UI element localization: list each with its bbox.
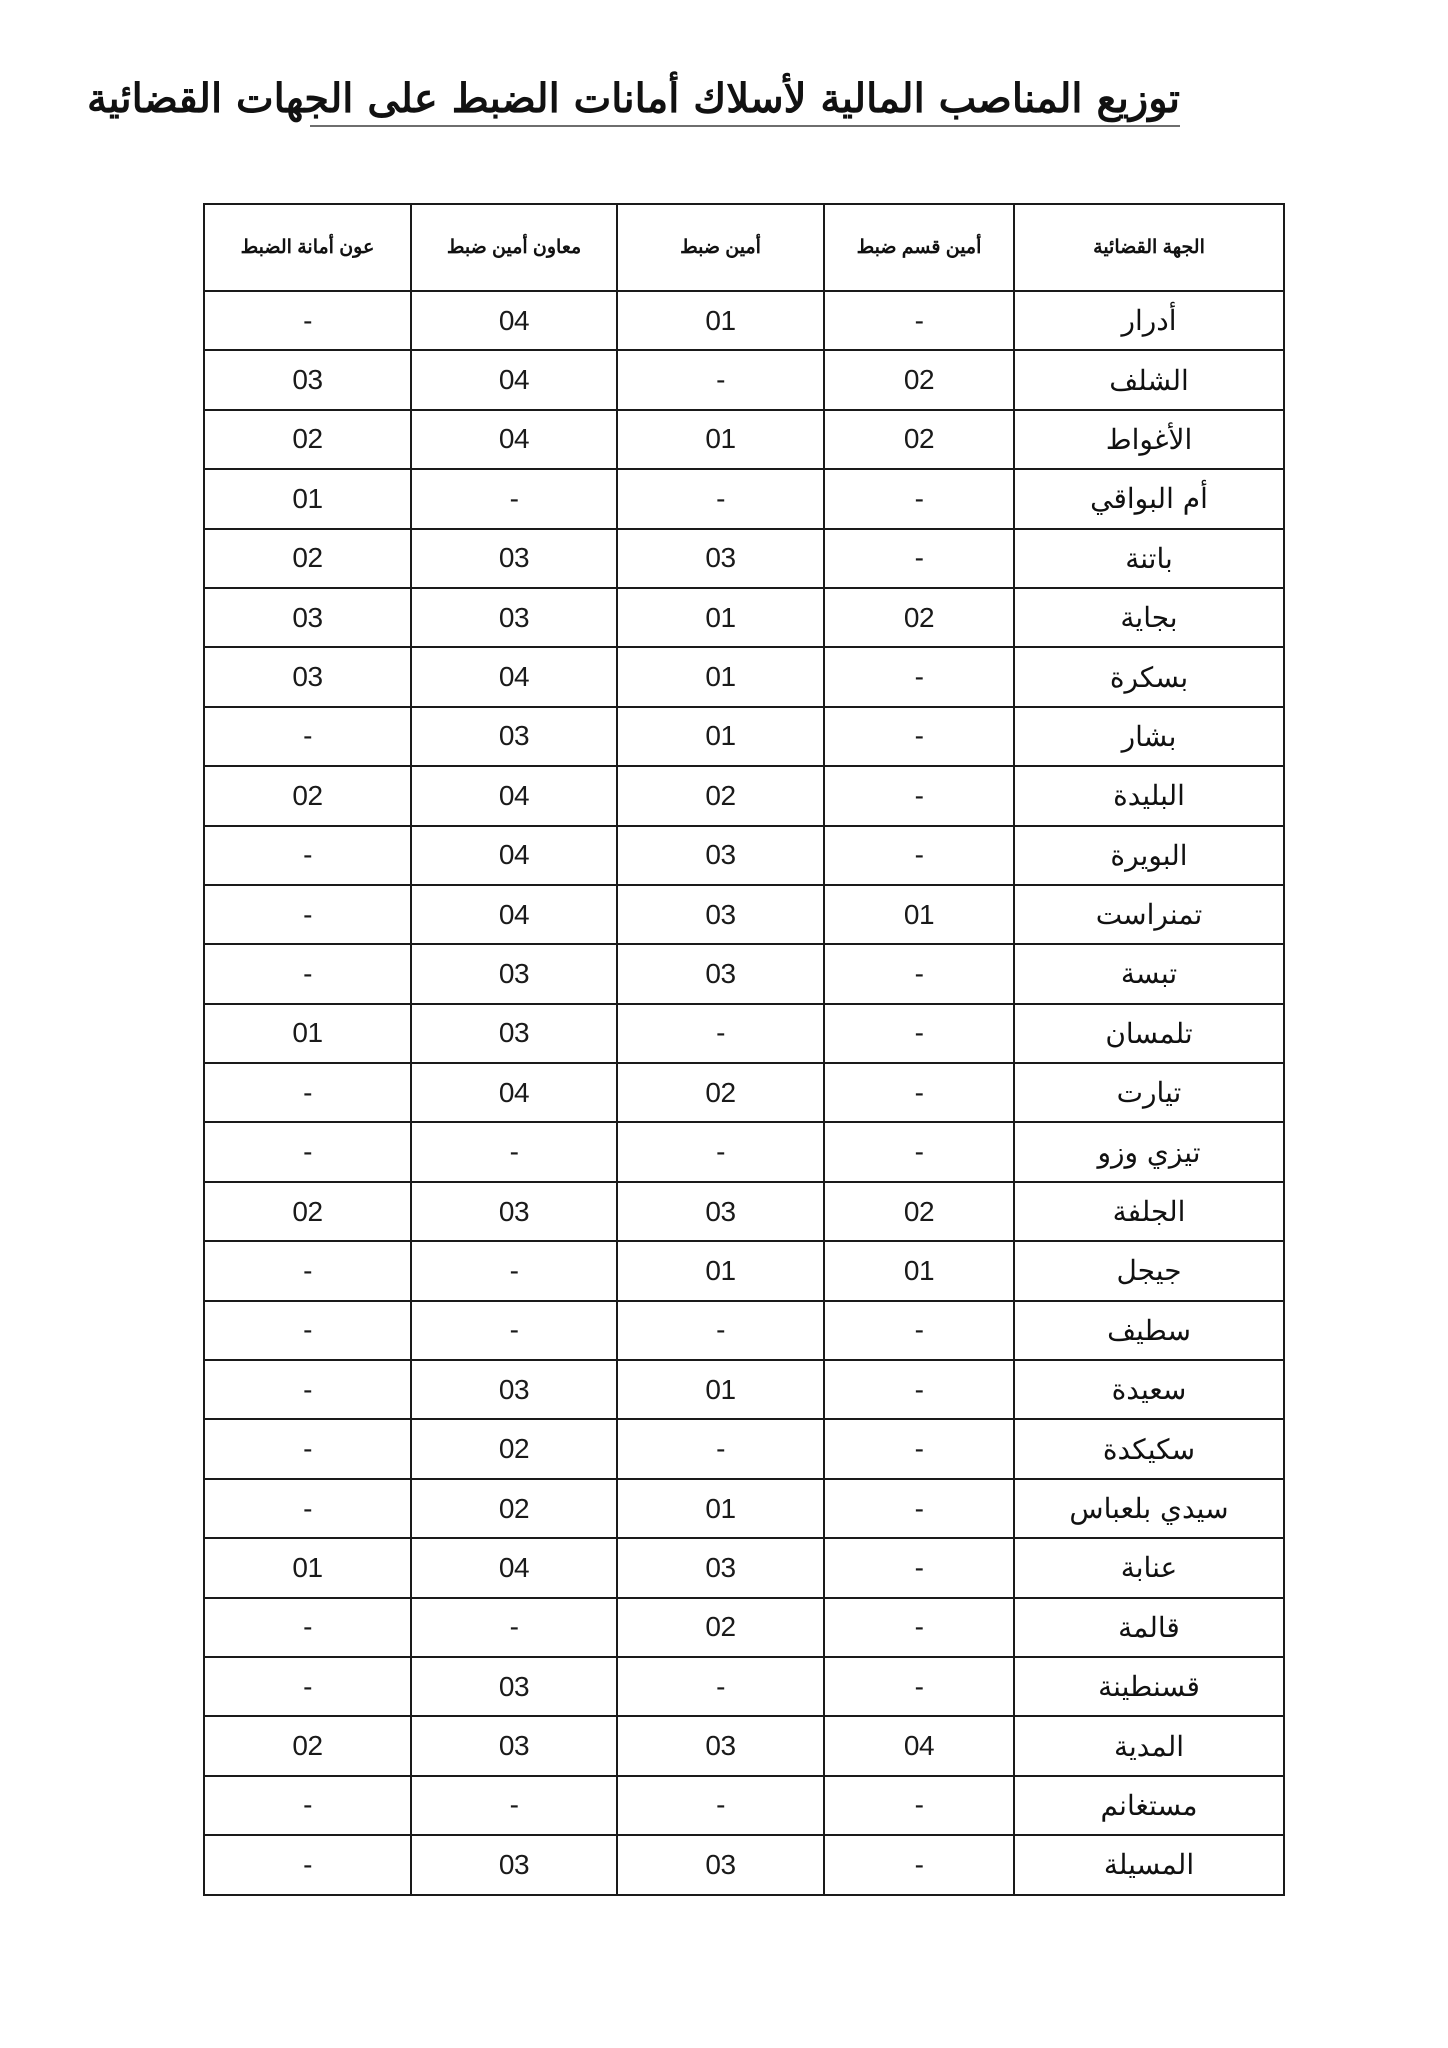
title-underline <box>310 125 1180 127</box>
cell-judicial-body: المسيلة <box>1014 1835 1284 1894</box>
cell-clerk: 01 <box>617 1360 824 1419</box>
table-row: سطيف---- <box>204 1301 1284 1360</box>
cell-assistant-clerk: 03 <box>411 1360 617 1419</box>
cell-clerk-agent: - <box>204 1479 411 1538</box>
cell-section-clerk: - <box>824 1122 1014 1181</box>
cell-clerk-agent: - <box>204 1360 411 1419</box>
cell-clerk: 02 <box>617 766 824 825</box>
cell-clerk-agent: 01 <box>204 1004 411 1063</box>
cell-judicial-body: الشلف <box>1014 350 1284 409</box>
cell-clerk-agent: 02 <box>204 1182 411 1241</box>
cell-section-clerk: - <box>824 291 1014 350</box>
cell-section-clerk: 02 <box>824 410 1014 469</box>
cell-clerk: 03 <box>617 826 824 885</box>
cell-judicial-body: البويرة <box>1014 826 1284 885</box>
table-row: بسكرة-010403 <box>204 647 1284 706</box>
cell-clerk-agent: 02 <box>204 529 411 588</box>
cell-section-clerk: - <box>824 647 1014 706</box>
cell-clerk: - <box>617 1004 824 1063</box>
cell-clerk-agent: 03 <box>204 647 411 706</box>
table-row: قالمة-02-- <box>204 1598 1284 1657</box>
cell-clerk-agent: 01 <box>204 469 411 528</box>
cell-section-clerk: - <box>824 826 1014 885</box>
cell-judicial-body: قسنطينة <box>1014 1657 1284 1716</box>
cell-judicial-body: سكيكدة <box>1014 1419 1284 1478</box>
cell-clerk-agent: 03 <box>204 588 411 647</box>
cell-section-clerk: - <box>824 766 1014 825</box>
cell-clerk-agent: - <box>204 291 411 350</box>
cell-section-clerk: - <box>824 944 1014 1003</box>
cell-assistant-clerk: 04 <box>411 410 617 469</box>
cell-assistant-clerk: - <box>411 1122 617 1181</box>
cell-clerk: 01 <box>617 1479 824 1538</box>
cell-assistant-clerk: 04 <box>411 826 617 885</box>
cell-clerk-agent: - <box>204 1835 411 1894</box>
cell-judicial-body: أم البواقي <box>1014 469 1284 528</box>
cell-clerk-agent: - <box>204 1301 411 1360</box>
cell-assistant-clerk: 02 <box>411 1419 617 1478</box>
table-row: الشلف02-0403 <box>204 350 1284 409</box>
cell-clerk-agent: - <box>204 1776 411 1835</box>
cell-assistant-clerk: 03 <box>411 1835 617 1894</box>
cell-clerk: 03 <box>617 944 824 1003</box>
cell-clerk: 02 <box>617 1063 824 1122</box>
cell-clerk: 03 <box>617 885 824 944</box>
cell-clerk-agent: 02 <box>204 410 411 469</box>
table-row: سعيدة-0103- <box>204 1360 1284 1419</box>
cell-clerk: 01 <box>617 588 824 647</box>
table-row: البليدة-020402 <box>204 766 1284 825</box>
table-row: قسنطينة--03- <box>204 1657 1284 1716</box>
cell-assistant-clerk: - <box>411 1241 617 1300</box>
cell-clerk-agent: - <box>204 707 411 766</box>
cell-clerk: 03 <box>617 1538 824 1597</box>
table-header-row: الجهة القضائية أمين قسم ضبط أمين ضبط معا… <box>204 204 1284 291</box>
allocation-table-container: الجهة القضائية أمين قسم ضبط أمين ضبط معا… <box>203 203 1283 1896</box>
cell-judicial-body: أدرار <box>1014 291 1284 350</box>
cell-assistant-clerk: 04 <box>411 885 617 944</box>
column-header-judicial-body: الجهة القضائية <box>1014 204 1284 291</box>
table-row: سيدي بلعباس-0102- <box>204 1479 1284 1538</box>
cell-clerk-agent: - <box>204 944 411 1003</box>
cell-assistant-clerk: - <box>411 469 617 528</box>
cell-assistant-clerk: 04 <box>411 766 617 825</box>
table-row: تمنراست010304- <box>204 885 1284 944</box>
column-header-clerk-agent: عون أمانة الضبط <box>204 204 411 291</box>
cell-section-clerk: - <box>824 1479 1014 1538</box>
table-row: البويرة-0304- <box>204 826 1284 885</box>
cell-section-clerk: 04 <box>824 1716 1014 1775</box>
cell-section-clerk: - <box>824 1063 1014 1122</box>
cell-clerk-agent: - <box>204 1657 411 1716</box>
table-row: سكيكدة--02- <box>204 1419 1284 1478</box>
table-row: باتنة-030302 <box>204 529 1284 588</box>
cell-section-clerk: 02 <box>824 1182 1014 1241</box>
table-row: المسيلة-0303- <box>204 1835 1284 1894</box>
cell-section-clerk: - <box>824 1360 1014 1419</box>
cell-section-clerk: - <box>824 1004 1014 1063</box>
cell-section-clerk: - <box>824 1301 1014 1360</box>
cell-judicial-body: المدية <box>1014 1716 1284 1775</box>
cell-clerk: 01 <box>617 1241 824 1300</box>
cell-clerk-agent: - <box>204 1122 411 1181</box>
cell-clerk: 03 <box>617 1835 824 1894</box>
cell-section-clerk: - <box>824 529 1014 588</box>
table-row: المدية04030302 <box>204 1716 1284 1775</box>
column-header-section-clerk: أمين قسم ضبط <box>824 204 1014 291</box>
cell-judicial-body: جيجل <box>1014 1241 1284 1300</box>
cell-section-clerk: 01 <box>824 885 1014 944</box>
cell-clerk-agent: - <box>204 1598 411 1657</box>
cell-judicial-body: تمنراست <box>1014 885 1284 944</box>
cell-judicial-body: عنابة <box>1014 1538 1284 1597</box>
cell-clerk: 03 <box>617 1182 824 1241</box>
cell-clerk-agent: - <box>204 885 411 944</box>
cell-judicial-body: سيدي بلعباس <box>1014 1479 1284 1538</box>
column-header-assistant-clerk: معاون أمين ضبط <box>411 204 617 291</box>
cell-judicial-body: البليدة <box>1014 766 1284 825</box>
cell-assistant-clerk: 04 <box>411 350 617 409</box>
cell-assistant-clerk: 03 <box>411 1182 617 1241</box>
cell-section-clerk: - <box>824 1776 1014 1835</box>
cell-assistant-clerk: - <box>411 1776 617 1835</box>
cell-clerk: 03 <box>617 529 824 588</box>
cell-assistant-clerk: 03 <box>411 944 617 1003</box>
cell-clerk: - <box>617 350 824 409</box>
cell-section-clerk: 01 <box>824 1241 1014 1300</box>
cell-judicial-body: بسكرة <box>1014 647 1284 706</box>
cell-assistant-clerk: 04 <box>411 647 617 706</box>
table-row: أدرار-0104- <box>204 291 1284 350</box>
cell-clerk-agent: 01 <box>204 1538 411 1597</box>
cell-assistant-clerk: - <box>411 1301 617 1360</box>
cell-judicial-body: الأغواط <box>1014 410 1284 469</box>
cell-clerk-agent: 02 <box>204 1716 411 1775</box>
cell-judicial-body: تيزي وزو <box>1014 1122 1284 1181</box>
cell-judicial-body: سعيدة <box>1014 1360 1284 1419</box>
column-header-clerk: أمين ضبط <box>617 204 824 291</box>
cell-assistant-clerk: 03 <box>411 529 617 588</box>
cell-judicial-body: بجاية <box>1014 588 1284 647</box>
cell-judicial-body: تيارت <box>1014 1063 1284 1122</box>
cell-section-clerk: - <box>824 1538 1014 1597</box>
table-row: أم البواقي---01 <box>204 469 1284 528</box>
cell-judicial-body: الجلفة <box>1014 1182 1284 1241</box>
cell-judicial-body: تبسة <box>1014 944 1284 1003</box>
cell-clerk-agent: - <box>204 1241 411 1300</box>
cell-clerk: - <box>617 1657 824 1716</box>
cell-section-clerk: - <box>824 1835 1014 1894</box>
table-row: عنابة-030401 <box>204 1538 1284 1597</box>
cell-clerk-agent: - <box>204 1063 411 1122</box>
cell-assistant-clerk: 03 <box>411 1716 617 1775</box>
cell-judicial-body: باتنة <box>1014 529 1284 588</box>
table-row: بجاية02010303 <box>204 588 1284 647</box>
table-row: مستغانم---- <box>204 1776 1284 1835</box>
cell-clerk: 03 <box>617 1716 824 1775</box>
table-row: تبسة-0303- <box>204 944 1284 1003</box>
table-row: جيجل0101-- <box>204 1241 1284 1300</box>
table-row: تلمسان--0301 <box>204 1004 1284 1063</box>
cell-assistant-clerk: 04 <box>411 291 617 350</box>
cell-clerk-agent: - <box>204 826 411 885</box>
cell-judicial-body: قالمة <box>1014 1598 1284 1657</box>
table-row: تيزي وزو---- <box>204 1122 1284 1181</box>
cell-assistant-clerk: - <box>411 1598 617 1657</box>
cell-clerk-agent: 02 <box>204 766 411 825</box>
cell-section-clerk: 02 <box>824 588 1014 647</box>
cell-assistant-clerk: 03 <box>411 588 617 647</box>
cell-section-clerk: - <box>824 707 1014 766</box>
cell-judicial-body: مستغانم <box>1014 1776 1284 1835</box>
table-row: الجلفة02030302 <box>204 1182 1284 1241</box>
cell-clerk: 01 <box>617 410 824 469</box>
table-row: تيارت-0204- <box>204 1063 1284 1122</box>
cell-assistant-clerk: 04 <box>411 1063 617 1122</box>
table-row: الأغواط02010402 <box>204 410 1284 469</box>
cell-clerk: - <box>617 1122 824 1181</box>
cell-clerk: - <box>617 1776 824 1835</box>
cell-clerk: 01 <box>617 707 824 766</box>
cell-section-clerk: - <box>824 1598 1014 1657</box>
cell-assistant-clerk: 04 <box>411 1538 617 1597</box>
cell-clerk: - <box>617 469 824 528</box>
table-row: بشار-0103- <box>204 707 1284 766</box>
cell-clerk: - <box>617 1301 824 1360</box>
allocation-table: الجهة القضائية أمين قسم ضبط أمين ضبط معا… <box>203 203 1285 1896</box>
cell-section-clerk: - <box>824 1419 1014 1478</box>
cell-section-clerk: - <box>824 469 1014 528</box>
cell-judicial-body: سطيف <box>1014 1301 1284 1360</box>
cell-clerk: 02 <box>617 1598 824 1657</box>
cell-clerk: 01 <box>617 647 824 706</box>
cell-clerk: 01 <box>617 291 824 350</box>
cell-clerk: - <box>617 1419 824 1478</box>
cell-assistant-clerk: 03 <box>411 1657 617 1716</box>
cell-assistant-clerk: 03 <box>411 707 617 766</box>
cell-assistant-clerk: 03 <box>411 1004 617 1063</box>
table-body: أدرار-0104-الشلف02-0403الأغواط02010402أم… <box>204 291 1284 1895</box>
cell-clerk-agent: 03 <box>204 350 411 409</box>
cell-clerk-agent: - <box>204 1419 411 1478</box>
cell-section-clerk: 02 <box>824 350 1014 409</box>
cell-assistant-clerk: 02 <box>411 1479 617 1538</box>
cell-section-clerk: - <box>824 1657 1014 1716</box>
cell-judicial-body: تلمسان <box>1014 1004 1284 1063</box>
cell-judicial-body: بشار <box>1014 707 1284 766</box>
